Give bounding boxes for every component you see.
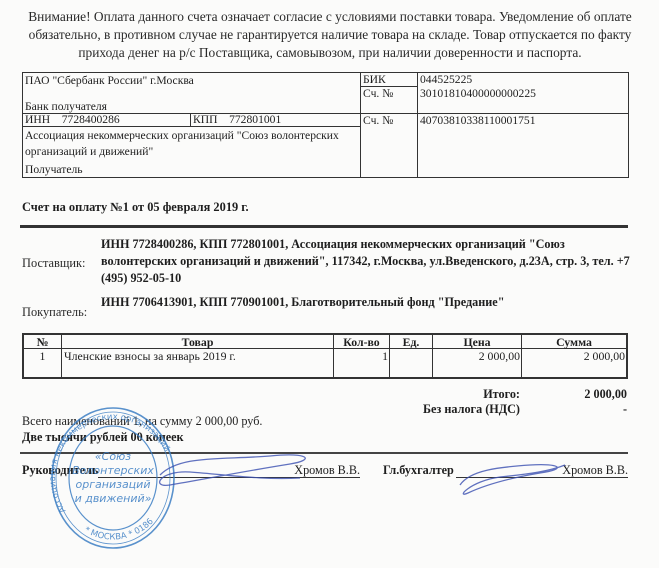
svg-text:организаций: организаций xyxy=(76,478,151,491)
notice-line-3: прихода денег на р/с Поставщика, самовыв… xyxy=(20,44,640,62)
column-header-no: № xyxy=(24,335,61,349)
supplier-details: ИНН 7728400286, КПП 772801001, Ассоциаци… xyxy=(101,236,641,287)
column-header-price: Цена xyxy=(433,335,521,349)
row-item: Членские взносы за январь 2019 г. xyxy=(64,349,236,363)
row-price: 2 000,00 xyxy=(433,349,521,363)
account-value: 40703810338110001751 xyxy=(418,114,536,127)
svg-text:Волонтерских: Волонтерских xyxy=(72,464,154,477)
column-header-qty: Кол-во xyxy=(334,335,389,349)
recipient-label: Получатель xyxy=(23,163,83,176)
title-rule xyxy=(20,225,628,228)
column-header-sum: Сумма xyxy=(522,335,626,349)
stamp-icon: Ассоциация некоммерческих организаций * … xyxy=(49,400,177,550)
kpp-field: КПП 772801001 xyxy=(191,113,281,126)
corr-account-value: 30101810400000000225 xyxy=(418,87,536,100)
vat-value: - xyxy=(540,402,627,417)
bank-name: ПАО "Сбербанк России" г.Москва xyxy=(23,74,194,87)
buyer-details: ИНН 7706413901, КПП 770901001, Благотвор… xyxy=(101,294,641,311)
buyer-label: Покупатель: xyxy=(22,305,87,320)
account-label: Сч. № xyxy=(361,114,393,127)
row-sum: 2 000,00 xyxy=(522,349,626,363)
inn-label: ИНН xyxy=(25,113,50,126)
kpp-label: КПП xyxy=(193,113,217,126)
divider xyxy=(23,126,360,127)
supplier-line-3: (495) 952-05-10 xyxy=(101,270,641,287)
invoice-title: Счет на оплату №1 от 05 февраля 2019 г. xyxy=(22,200,249,215)
goods-table: № Товар Кол-во Ед. Цена Сумма 1 Членские… xyxy=(22,333,628,379)
bik-value: 044525225 xyxy=(418,73,472,86)
column-header-item: Товар xyxy=(62,335,333,349)
supplier-line-1: ИНН 7728400286, КПП 772801001, Ассоциаци… xyxy=(101,236,641,253)
total-label: Итого: xyxy=(400,387,520,402)
supplier-label: Поставщик: xyxy=(22,256,86,271)
kpp-value: 772801001 xyxy=(229,113,281,126)
svg-text:«Союз: «Союз xyxy=(95,450,131,463)
director-name: Хромов В.В. xyxy=(280,463,360,478)
notice-line-2: обязательно, в противном случае не гаран… xyxy=(20,26,640,44)
recipient-name-line-2: организаций и движений" xyxy=(25,144,339,160)
accountant-label: Гл.бухгалтер xyxy=(383,463,454,478)
corr-account-label: Сч. № xyxy=(361,87,393,100)
total-value: 2 000,00 xyxy=(540,387,627,402)
recipient-name: Ассоциация некоммерческих организаций "С… xyxy=(23,128,339,160)
inn-value: 7728400286 xyxy=(62,113,120,126)
row-no: 1 xyxy=(24,349,61,363)
organization-stamp: Ассоциация некоммерческих организаций * … xyxy=(49,400,177,550)
row-qty: 1 xyxy=(334,349,389,363)
payment-notice: Внимание! Оплата данного счета означает … xyxy=(20,8,640,62)
notice-line-1: Внимание! Оплата данного счета означает … xyxy=(20,8,640,26)
supplier-line-2: волонтерских организаций и движений", 11… xyxy=(101,253,641,270)
svg-text:и движений»: и движений» xyxy=(75,492,152,505)
column-header-unit: Ед. xyxy=(390,335,432,349)
bik-label: БИК xyxy=(361,73,386,86)
vat-label: Без налога (НДС) xyxy=(380,402,520,417)
inn-field: ИНН 7728400286 xyxy=(23,113,120,126)
accountant-name: Хромов В.В. xyxy=(548,463,628,478)
recipient-name-line-1: Ассоциация некоммерческих организаций "С… xyxy=(25,128,339,144)
bank-details-table: ПАО "Сбербанк России" г.Москва Банк полу… xyxy=(22,72,629,178)
bank-label: Банк получателя xyxy=(23,100,107,113)
